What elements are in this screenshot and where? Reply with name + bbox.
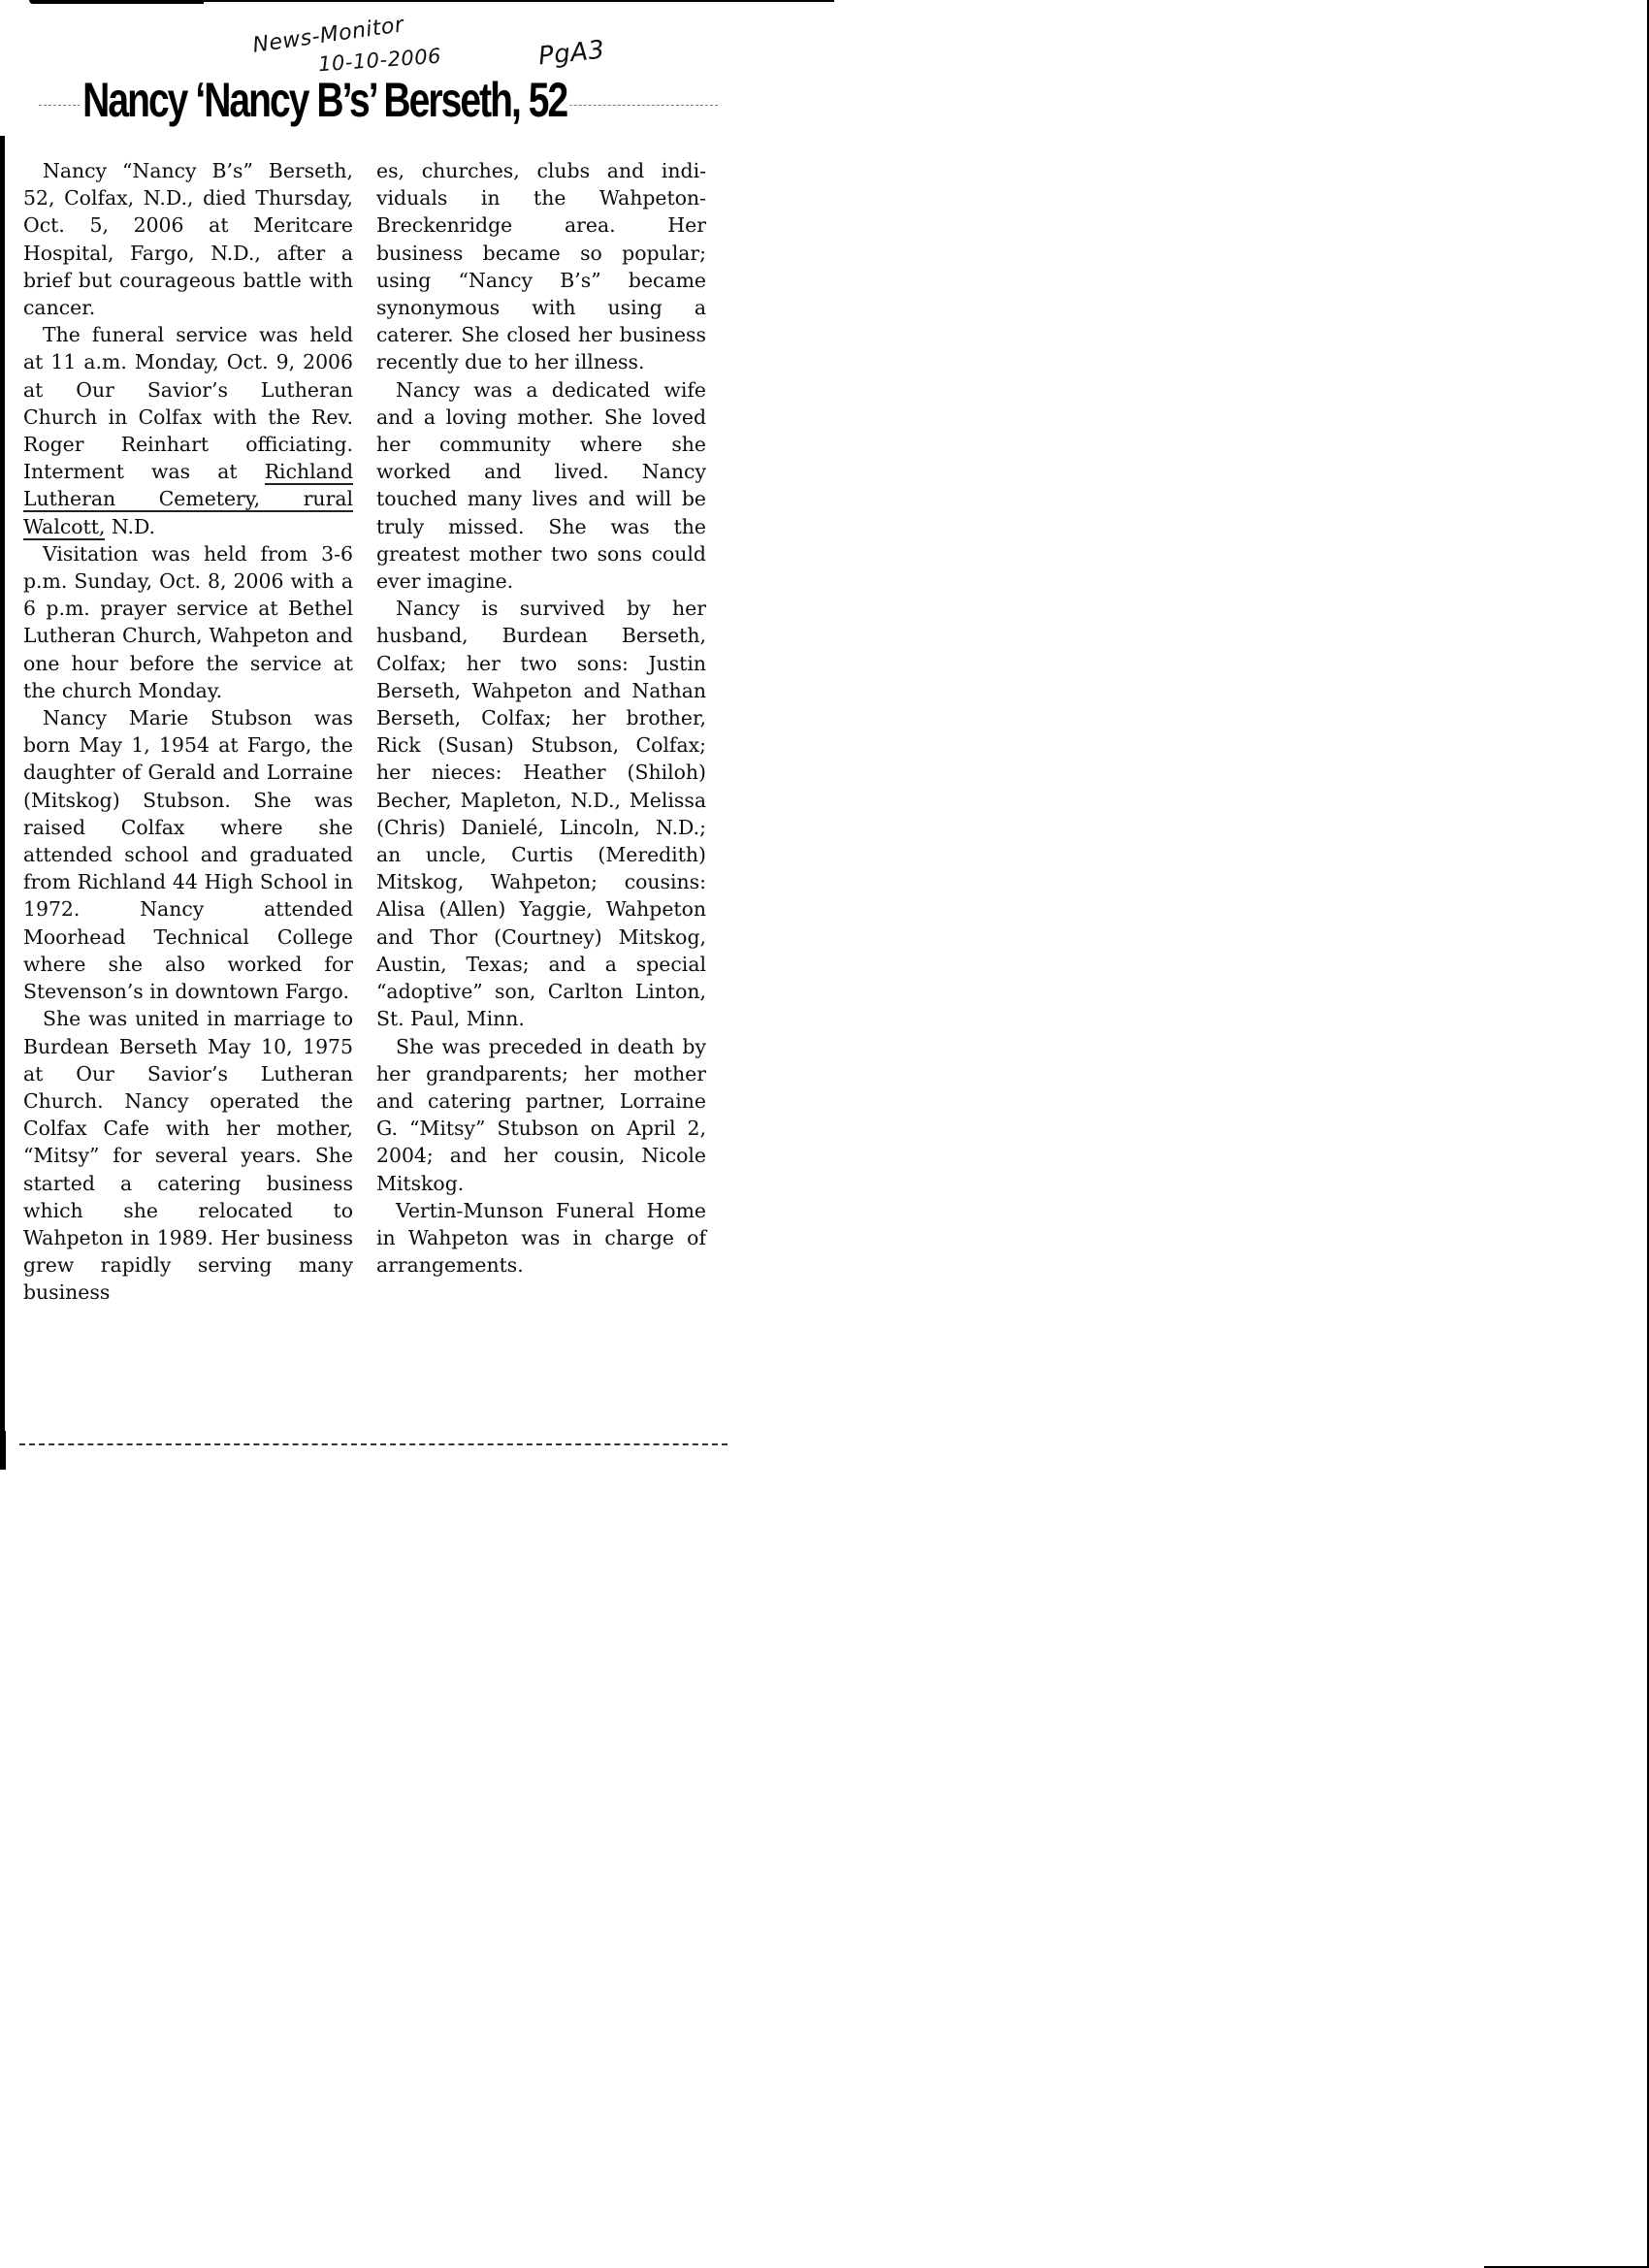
paragraph-funeral: The funeral service was held at 11 a.m. … <box>23 321 353 540</box>
funeral-state: N.D. <box>112 515 155 538</box>
handwritten-page-note: PgA3 <box>537 36 606 72</box>
article-column-right: es, churches, clubs and indi­viduals in … <box>376 157 706 1279</box>
paragraph-survivors: Nancy is survived by her husband, Burdea… <box>376 595 706 1032</box>
bottom-rule <box>19 1443 727 1445</box>
paragraph-death: Nancy “Nancy B’s” Berseth, 52, Colfax, N… <box>23 157 353 321</box>
paragraph-visitation: Visitation was held from 3-6 p.m. Sunday… <box>23 540 353 704</box>
paragraph-marriage: She was united in mar­riage to Burdean B… <box>23 1005 353 1306</box>
scan-edge <box>0 1431 6 1470</box>
obituary-headline: Nancy ‘Nancy B’s’ Berseth, 52 <box>80 72 569 128</box>
scan-edge <box>155 0 834 2</box>
newspaper-clipping: News-Monitor 10-10-2006 PgA3 Nancy ‘Nanc… <box>10 10 727 1436</box>
paragraph-arrangements: Vertin-Munson Funeral Home in Wahpeton w… <box>376 1197 706 1280</box>
paragraph-business-cont: es, churches, clubs and indi­viduals in … <box>376 157 706 376</box>
paragraph-birth: Nancy Marie Stubson was born May 1, 1954… <box>23 704 353 1005</box>
paragraph-tribute: Nancy was a dedicated wife and a loving … <box>376 376 706 596</box>
paragraph-preceded: She was preceded in death by her grandpa… <box>376 1033 706 1197</box>
scan-edge <box>0 136 5 1436</box>
article-column-left: Nancy “Nancy B’s” Berseth, 52, Colfax, N… <box>23 157 353 1307</box>
